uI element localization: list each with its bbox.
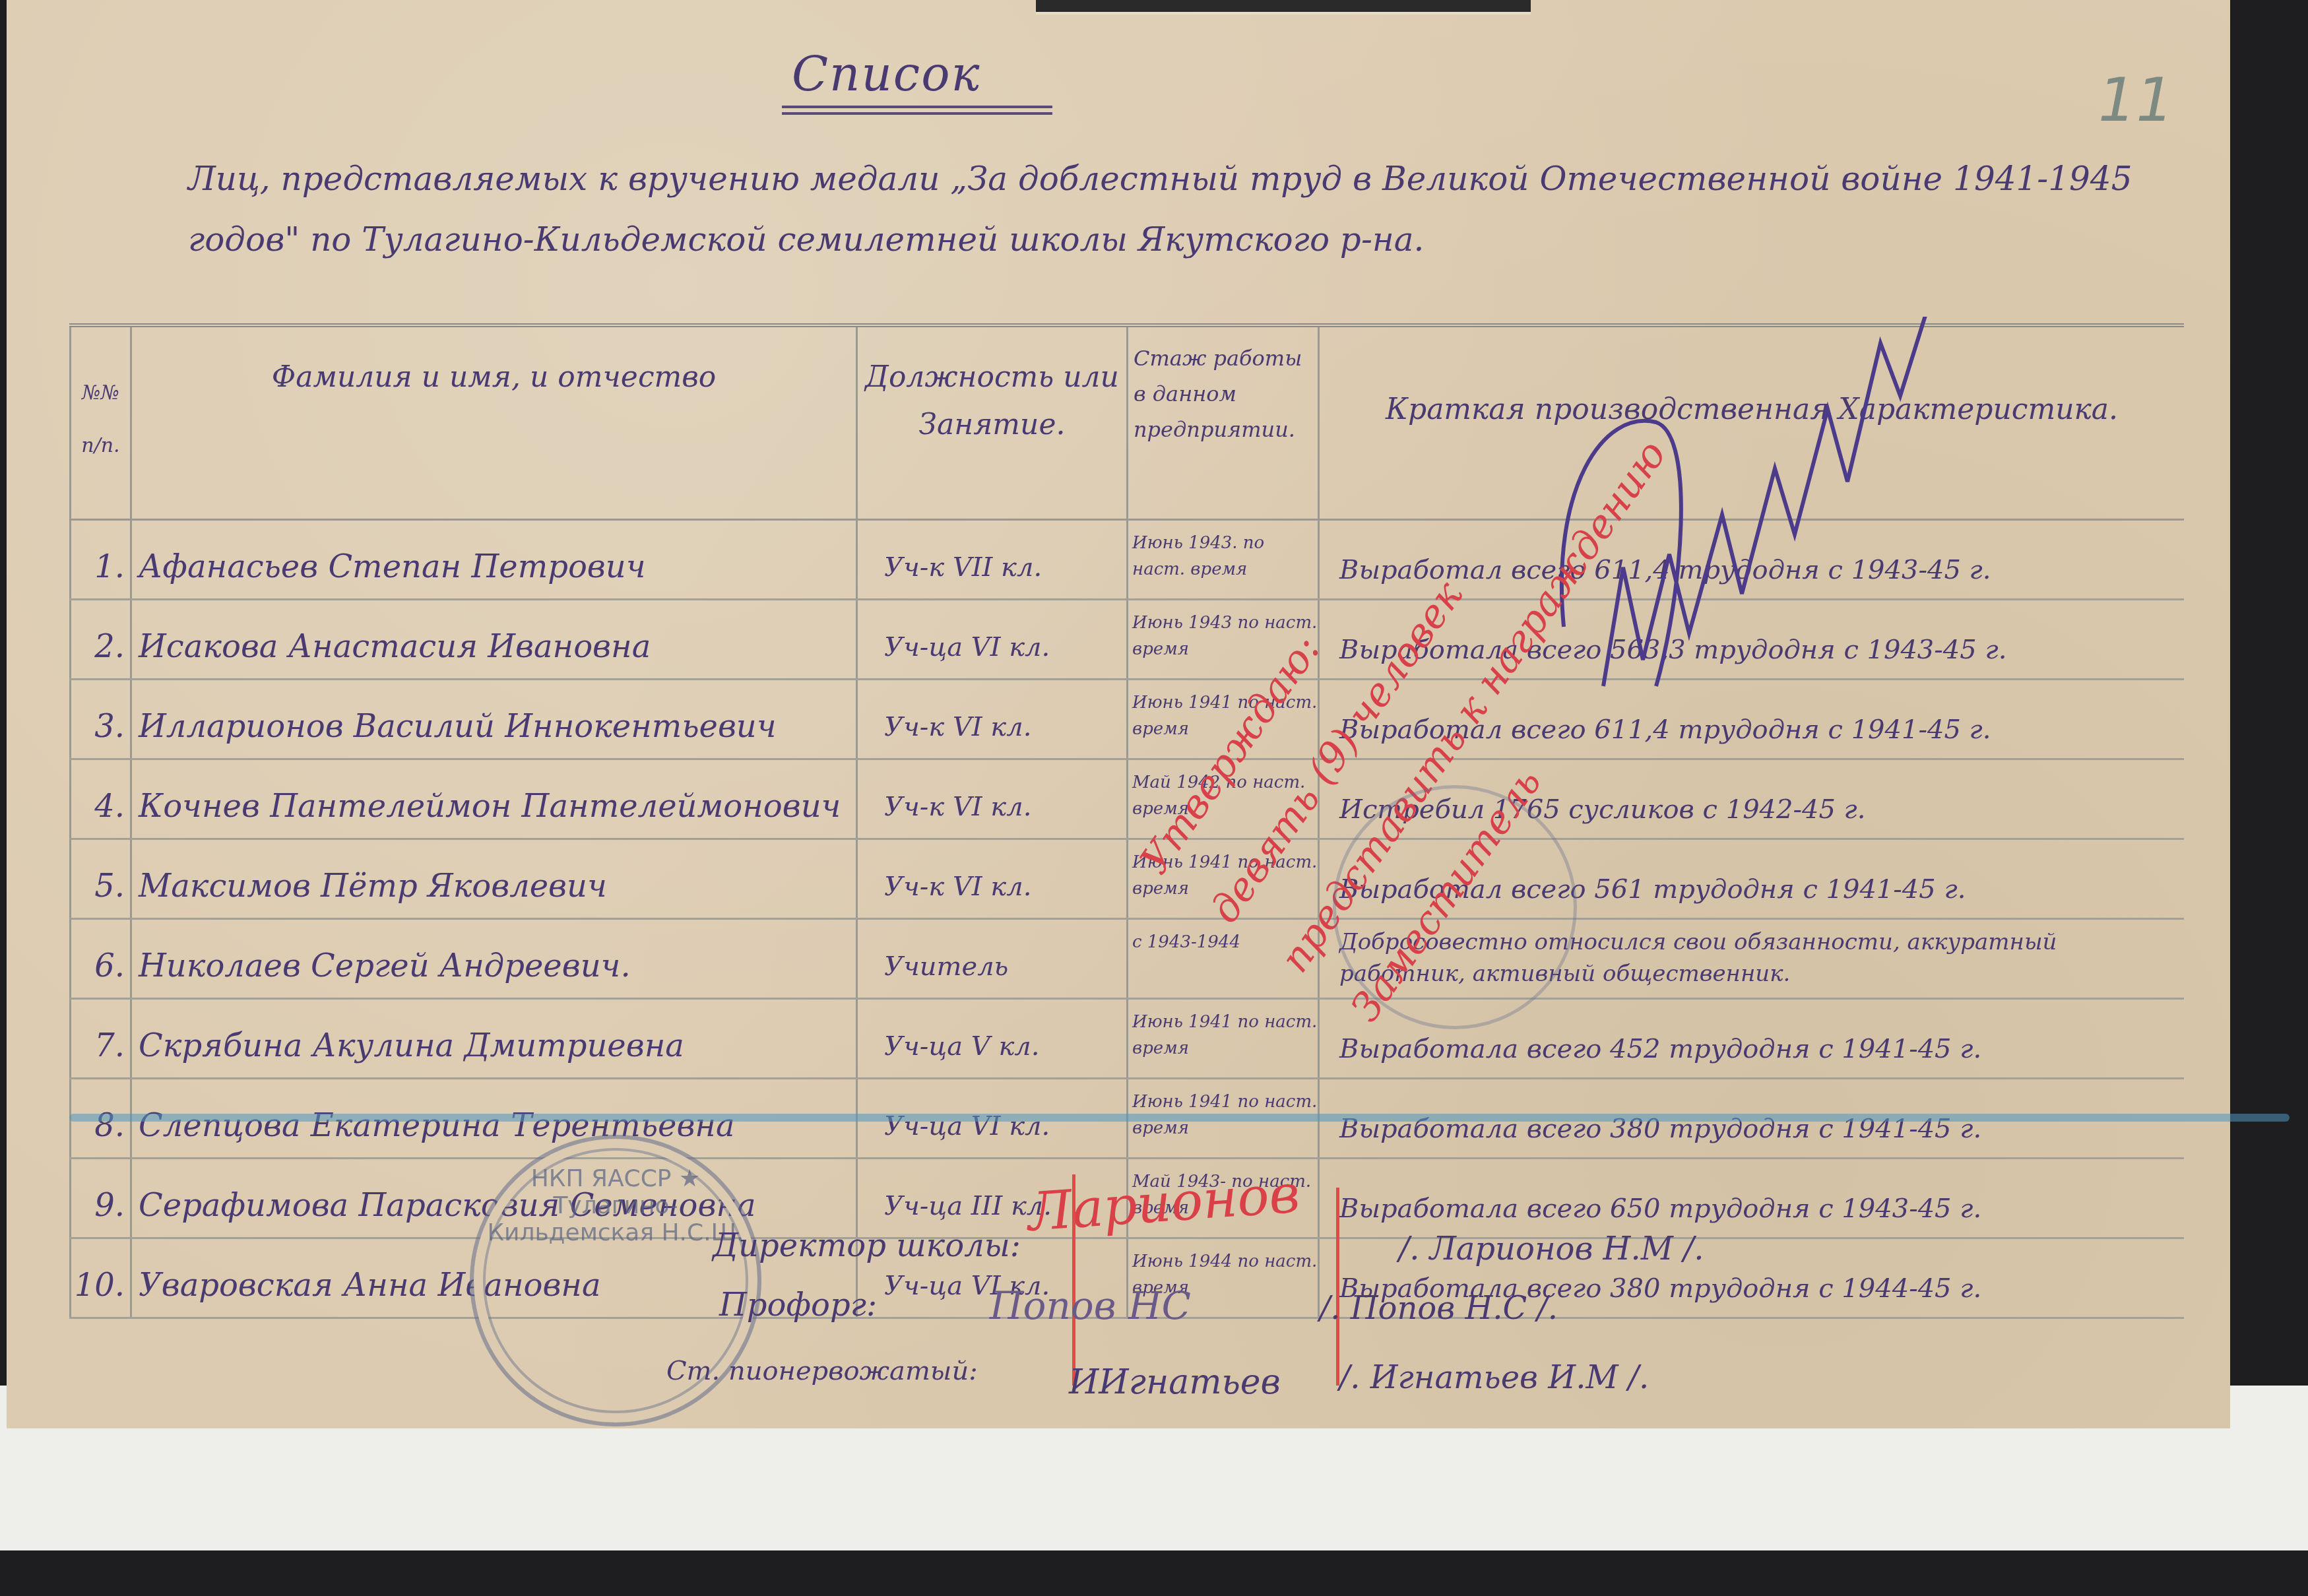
row-position: Уч-ца VI кл. xyxy=(858,600,1128,678)
title-underline xyxy=(782,106,1052,115)
row-number: 6. xyxy=(69,920,132,998)
row-number: 7. xyxy=(69,1000,132,1077)
red-signature-stroke xyxy=(1072,1174,1075,1386)
row-name: Илларионов Василий Иннокентьевич xyxy=(132,680,858,758)
header-tenure: Стаж работы в данном предприятии. xyxy=(1128,327,1320,519)
header-num: №№ п/п. xyxy=(69,327,132,519)
page-number: 11 xyxy=(2098,66,2174,135)
director-name: /. Ларионов Н.М /. xyxy=(1399,1230,1704,1267)
faint-stamp xyxy=(1333,785,1577,1029)
header-position: Должность или Занятие. xyxy=(858,327,1128,519)
row-name: Исакова Анастасия Ивановна xyxy=(132,600,858,678)
row-name: Афанасьев Степан Петрович xyxy=(132,521,858,598)
torn-edge xyxy=(1036,0,1531,15)
pioneer-name: /. Игнатьев И.М /. xyxy=(1339,1359,1649,1396)
row-name: Максимов Пётр Яковлевич xyxy=(132,840,858,918)
row-tenure: Июнь 1941 по наст. время xyxy=(1128,1000,1320,1077)
header-name: Фамилия и имя, и отчество xyxy=(132,327,858,519)
table-row: 6.Николаев Сергей Андреевич.Учительс 194… xyxy=(69,920,2184,1000)
proforg-label: Профорг: xyxy=(719,1287,877,1324)
proforg-signature: Попов НС xyxy=(990,1283,1191,1328)
row-number: 5. xyxy=(69,840,132,918)
row-tenure: Июнь 1943. по наст. время xyxy=(1128,521,1320,598)
row-number: 3. xyxy=(69,680,132,758)
document-subtitle: Лиц, представляемых к вручению медали „З… xyxy=(188,148,2200,270)
row-name: Скрябина Акулина Дмитриевна xyxy=(132,1000,858,1077)
pioneer-signature: ИИгнатьев xyxy=(1069,1362,1281,1402)
table-row: 7.Скрябина Акулина ДмитриевнаУч-ца V кл.… xyxy=(69,1000,2184,1079)
row-name: Кочнев Пантелеймон Пантелеймонович xyxy=(132,760,858,838)
row-number: 4. xyxy=(69,760,132,838)
row-number: 1. xyxy=(69,521,132,598)
row-number: 10. xyxy=(69,1239,132,1317)
pioneer-label: Ст. пионервожатый: xyxy=(666,1356,978,1386)
proforg-name: /. Попов Н.С /. xyxy=(1320,1290,1558,1327)
document-title: Список xyxy=(792,46,981,102)
red-signature-stroke xyxy=(1336,1188,1339,1386)
row-position: Учитель xyxy=(858,920,1128,998)
row-position: Уч-к VI кл. xyxy=(858,680,1128,758)
row-position: Уч-к VII кл. xyxy=(858,521,1128,598)
row-position: Уч-ца V кл. xyxy=(858,1000,1128,1077)
strikethrough-line xyxy=(69,1114,2290,1122)
director-label: Директор школы: xyxy=(713,1227,1021,1264)
row-characteristic: Выработала всего 650 трудодня с 1943-45 … xyxy=(1320,1159,2184,1237)
row-position: Уч-к VI кл. xyxy=(858,760,1128,838)
table-row: 8.Слепцова Екатерина ТерентьевнаУч-ца VI… xyxy=(69,1079,2184,1159)
row-name: Николаев Сергей Андреевич. xyxy=(132,920,858,998)
row-number: 9. xyxy=(69,1159,132,1237)
row-position: Уч-к VI кл. xyxy=(858,840,1128,918)
row-number: 2. xyxy=(69,600,132,678)
